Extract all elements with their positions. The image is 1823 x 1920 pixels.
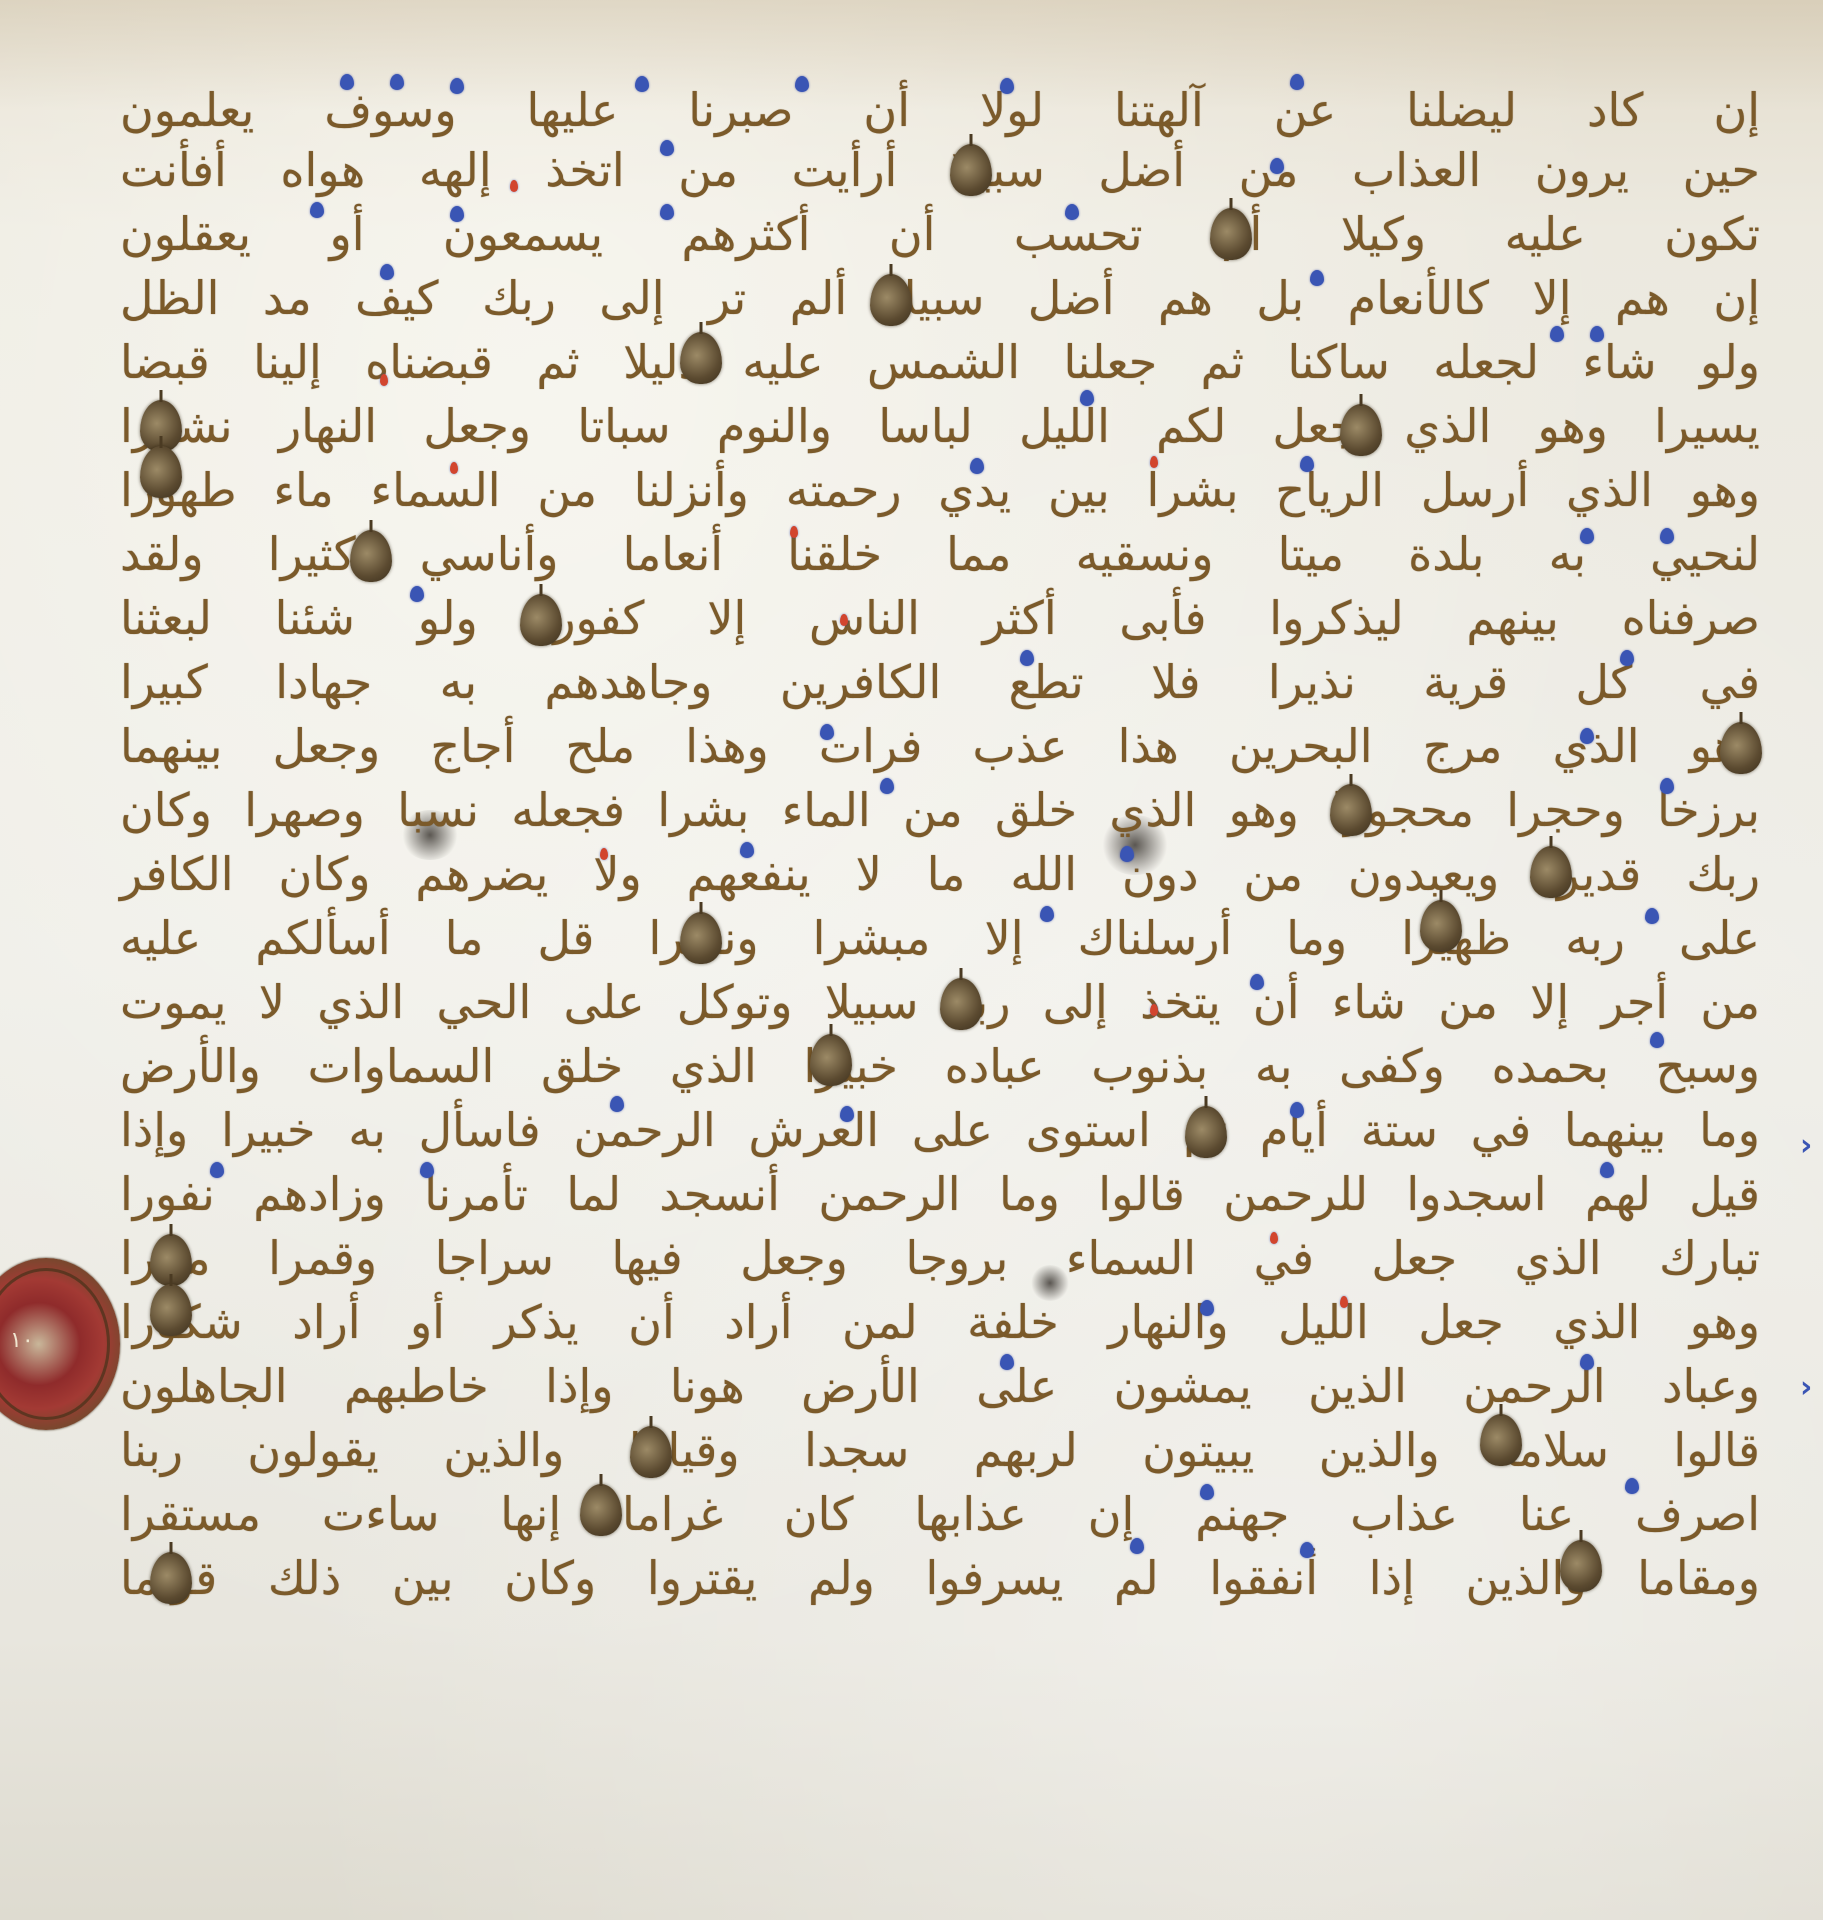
vowel-dot [840,1106,854,1122]
vowel-dot [1650,1032,1664,1048]
text-line: قالوا سلاما والذين يبيتون لربهم سجدا وقي… [120,1418,1760,1482]
text-line: حين يرون العذاب من أضل سبيلا أرأيت من ات… [120,138,1760,202]
text-line: من أجر إلا من شاء أن يتخذ إلى ربه سبيلا … [120,970,1760,1034]
vowel-dot [1040,906,1054,922]
vowel-dot [340,74,354,90]
vowel-dot [1580,1354,1594,1370]
text-line: قيل لهم اسجدوا للرحمن قالوا وما الرحمن أ… [120,1162,1760,1226]
vowel-dot [1340,1296,1348,1308]
vowel-dot [1660,528,1674,544]
text-line: وسبح بحمده وكفى به بذنوب عباده خبيرا الذ… [120,1034,1760,1098]
vowel-dot [1120,846,1134,862]
vowel-dot [1270,1232,1278,1244]
vowel-dot [450,78,464,94]
vowel-dot [1290,74,1304,90]
vowel-dot [380,264,394,280]
vowel-dot [420,1162,434,1178]
vowel-dot [1300,456,1314,472]
vowel-dot [740,842,754,858]
vowel-dot [880,778,894,794]
text-line: وهو الذي جعل الليل والنهار خلفة لمن أراد… [120,1290,1760,1354]
vowel-dot [660,140,674,156]
vowel-dot [1625,1478,1639,1494]
margin-mark: › [1800,1370,1812,1405]
vowel-dot [450,462,458,474]
medallion-label: ١٠ [10,1328,34,1353]
vowel-dot [1250,974,1264,990]
vowel-dot [1310,270,1324,286]
vowel-dot [1150,456,1158,468]
text-line: ربك قديرا ويعبدون من دون الله ما لا ينفع… [120,842,1760,906]
vowel-dot [1620,650,1634,666]
text-line: وهو الذي مرج البحرين هذا عذب فرات وهذا م… [120,714,1760,778]
vowel-dot [1290,1102,1304,1118]
vowel-dot [1580,728,1594,744]
vowel-dot [795,76,809,92]
vowel-dot [390,74,404,90]
text-line: يسيرا وهو الذي جعل لكم الليل لباسا والنو… [120,394,1760,458]
text-line: على ربه ظهيرا وما أرسلناك إلا مبشرا ونذي… [120,906,1760,970]
vowel-dot [1200,1300,1214,1316]
vowel-dot [450,206,464,222]
vowel-dot [510,180,518,192]
vowel-dot [410,586,424,602]
vowel-dot [635,76,649,92]
text-line: ومقاما والذين إذا أنفقوا لم يسرفوا ولم ي… [120,1546,1760,1610]
vowel-dot [840,614,848,626]
text-line: وهو الذي أرسل الرياح بشرا بين يدي رحمته … [120,458,1760,522]
margin-medallion: ١٠ [0,1258,120,1430]
vowel-dot [1000,1354,1014,1370]
vowel-dot [820,724,834,740]
margin-mark: › [1800,1128,1812,1163]
vowel-dot [1580,528,1594,544]
vowel-dot [1550,326,1564,342]
vowel-dot [1150,1004,1158,1016]
manuscript-page: ١٠ › › إن كاد ليضلنا عن آلهتنا لولا أن ص… [0,0,1823,1920]
text-line: إن كاد ليضلنا عن آلهتنا لولا أن صبرنا عل… [120,78,1760,138]
text-line: في كل قرية نذيرا فلا تطع الكافرين وجاهده… [120,650,1760,714]
vowel-dot [210,1162,224,1178]
text-line: تبارك الذي جعل في السماء بروجا وجعل فيها… [120,1226,1760,1290]
vowel-dot [310,202,324,218]
vowel-dot [1020,650,1034,666]
text-line: وما بينهما في ستة أيام ثم استوى على العر… [120,1098,1760,1162]
text-line: إن هم إلا كالأنعام بل هم أضل سبيلا ألم ت… [120,266,1760,330]
vowel-dot [1000,78,1014,94]
vowel-dot [1200,1484,1214,1500]
text-line: لنحيي به بلدة ميتا ونسقيه مما خلقنا أنعا… [120,522,1760,586]
text-line: تكون عليه وكيلا أم تحسب أن أكثرهم يسمعون… [120,202,1760,266]
vowel-dot [1130,1538,1144,1554]
vowel-dot [660,204,674,220]
vowel-dot [380,374,388,386]
vowel-dot [1270,158,1284,174]
vowel-dot [1300,1542,1314,1558]
text-line: وعباد الرحمن الذين يمشون على الأرض هونا … [120,1354,1760,1418]
vowel-dot [790,526,798,538]
text-block: إن كاد ليضلنا عن آلهتنا لولا أن صبرنا عل… [120,78,1760,1610]
vowel-dot [1065,204,1079,220]
text-line: اصرف عنا عذاب جهنم إن عذابها كان غراما إ… [120,1482,1760,1546]
vowel-dot [1080,390,1094,406]
vowel-dot [610,1096,624,1112]
vowel-dot [1660,778,1674,794]
vowel-dot [1645,908,1659,924]
vowel-dot [1590,326,1604,342]
text-line: برزخا وحجرا محجورا وهو الذي خلق من الماء… [120,778,1760,842]
text-line: ولو شاء لجعله ساكنا ثم جعلنا الشمس عليه … [120,330,1760,394]
vowel-dot [1600,1162,1614,1178]
text-line: صرفناه بينهم ليذكروا فأبى أكثر الناس إلا… [120,586,1760,650]
vowel-dot [600,848,608,860]
vowel-dot [970,458,984,474]
